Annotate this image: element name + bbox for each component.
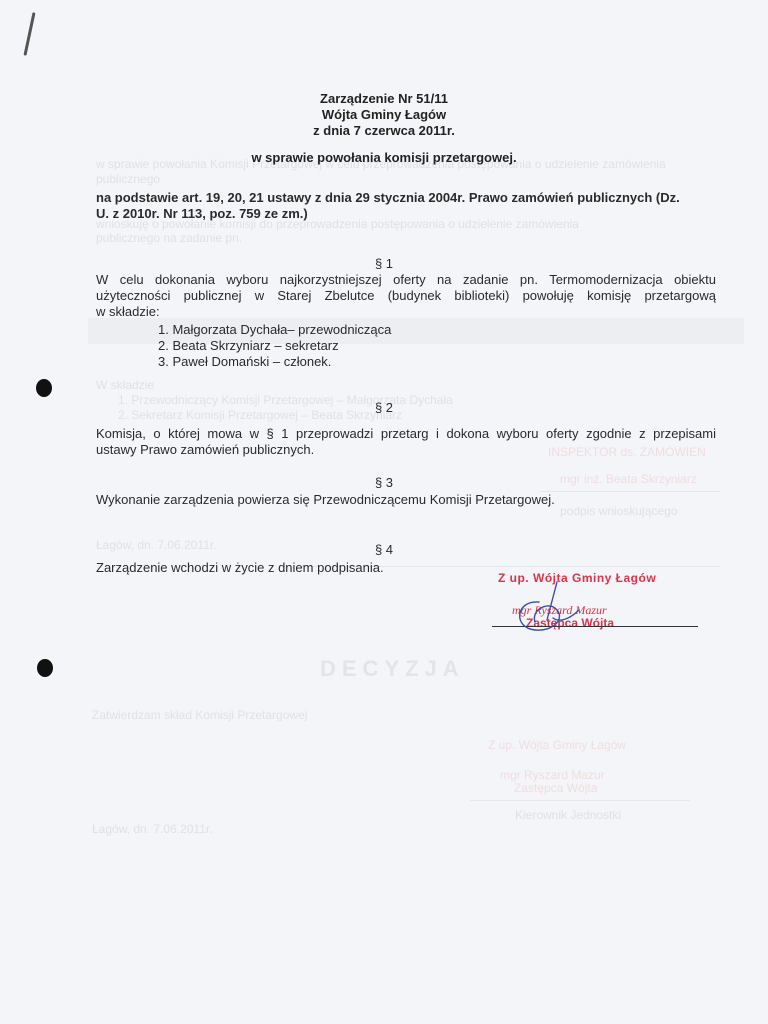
bleed-through-stamp: Z up. Wójta Gminy Łagów	[488, 738, 626, 752]
section-3-text: Wykonanie zarządzenia powierza się Przew…	[96, 492, 716, 508]
bleed-through-text: publicznego	[96, 172, 160, 186]
issue-date: z dnia 7 czerwca 2011r.	[0, 123, 768, 139]
section-mark-4: § 4	[0, 542, 768, 557]
punch-hole-top	[36, 379, 52, 397]
bleed-through-line	[470, 800, 690, 801]
handwritten-signature	[495, 580, 585, 640]
list-item: 2. Beata Skrzyniarz – sekretarz	[158, 338, 391, 354]
staple-mark	[23, 12, 35, 56]
section-4-text: Zarządzenie wchodzi w życie z dniem podp…	[96, 560, 496, 576]
bleed-through-stamp: mgr Ryszard Mazur	[500, 768, 605, 782]
legal-basis: na podstawie art. 19, 20, 21 ustawy z dn…	[96, 190, 716, 222]
committee-members-list: 1. Małgorzata Dychała– przewodnicząca 2.…	[158, 322, 391, 370]
bleed-through-stamp: Zastępca Wójta	[514, 781, 597, 795]
section-1-text: W celu dokonania wyboru najkorzystniejsz…	[96, 272, 716, 320]
bleed-through-text: Zatwierdzam skład Komisji Przetargowej	[92, 708, 307, 722]
issuer: Wójta Gminy Łagów	[0, 107, 768, 123]
scanned-document-page: w sprawie powołania Komisji Przetargowej…	[0, 0, 768, 1024]
bleed-through-text: publicznego na zadanie pn.	[96, 231, 242, 245]
punch-hole-bottom	[37, 659, 53, 677]
section-mark-3: § 3	[0, 475, 768, 490]
bleed-through-title: DECYZJA	[320, 656, 465, 682]
document-subject: w sprawie powołania komisji przetargowej…	[0, 150, 768, 166]
section-2-text: Komisja, o której mowa w § 1 przeprowadz…	[96, 426, 716, 458]
section-mark-2: § 2	[0, 400, 768, 415]
list-item: 1. Małgorzata Dychała– przewodnicząca	[158, 322, 391, 338]
bleed-through-date: Łagów, dn. 7.06.2011r.	[92, 822, 213, 836]
bleed-through-text: W składzie	[96, 378, 154, 392]
section-mark-1: § 1	[0, 256, 768, 271]
document-number: Zarządzenie Nr 51/11	[0, 91, 768, 107]
bleed-through-text: Kierownik Jednostki	[515, 808, 621, 822]
list-item: 3. Paweł Domański – członek.	[158, 354, 391, 370]
